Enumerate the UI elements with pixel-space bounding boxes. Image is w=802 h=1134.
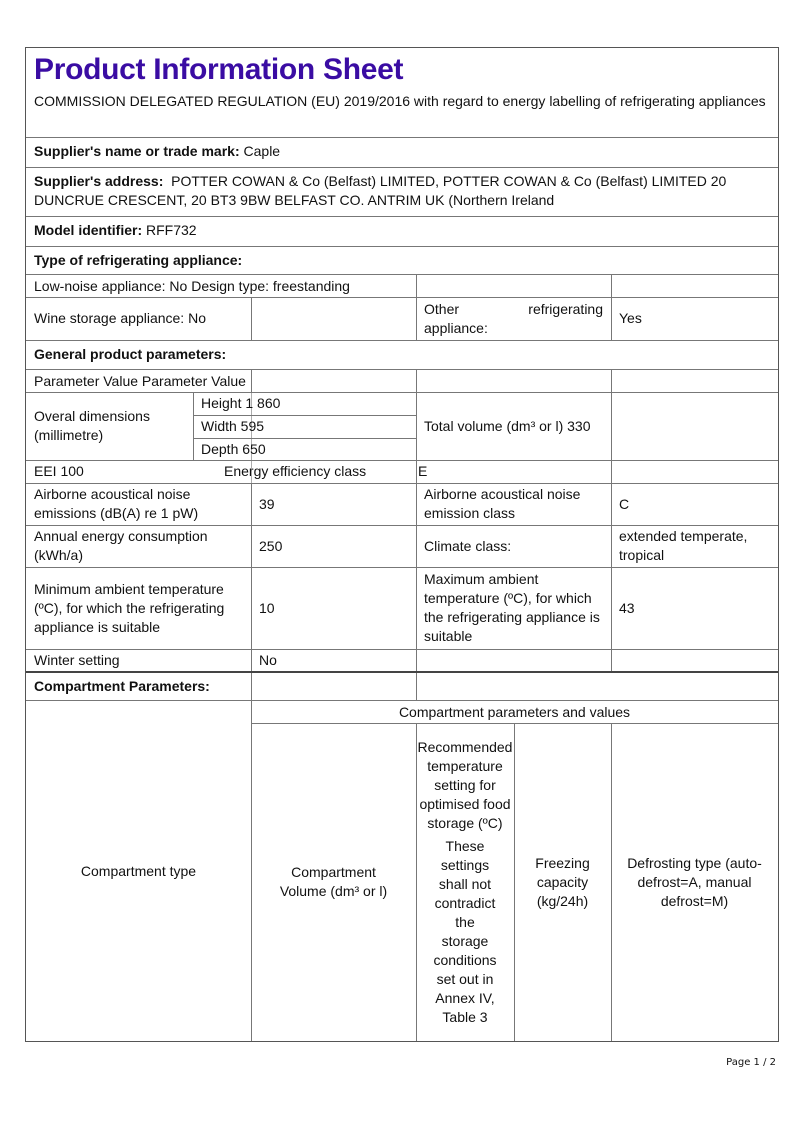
winter-setting-label: Winter setting: [26, 649, 251, 671]
energy-class-value: E: [410, 460, 610, 483]
model-identifier-value: RFF732: [146, 222, 197, 238]
noise-class-label: Airborne acoustical noise emission class: [416, 483, 611, 525]
general-parameters-heading: General product parameters:: [26, 341, 778, 370]
general-parameters-grid: Parameter Value Parameter Value Overal d…: [26, 370, 778, 701]
annual-energy-label: Annual energy consumption (kWh/a): [26, 525, 251, 567]
model-identifier-row: Model identifier: RFF732: [26, 217, 778, 247]
appliance-type-heading: Type of refrigerating appliance:: [26, 247, 778, 275]
recommended-temperature-text: Recommended temperature setting for opti…: [418, 738, 513, 833]
supplier-name-row: Supplier's name or trade mark: Caple: [26, 138, 778, 168]
parameter-header: Parameter Value Parameter Value: [26, 370, 416, 392]
low-noise-design-type: Low-noise appliance: No Design type: fre…: [26, 275, 426, 297]
winter-setting-value: No: [251, 649, 416, 671]
product-information-sheet: Product Information Sheet COMMISSION DEL…: [25, 47, 779, 1042]
depth-value: Depth 650: [193, 438, 416, 460]
climate-value: extended temperate, tropical: [611, 525, 778, 567]
defrosting-type-header: Defrosting type (auto-defrost=A, manual …: [611, 723, 778, 1041]
freezing-capacity-header: Freezing capacity (kg/24h): [514, 723, 611, 1041]
dimensions-label: Overal dimensions (millimetre): [26, 392, 193, 460]
min-temp-value: 10: [251, 567, 416, 649]
compartment-type-header: Compartment type: [26, 701, 251, 1041]
noise-label: Airborne acoustical noise emissions (dB(…: [26, 483, 251, 525]
supplier-name-value: Caple: [244, 143, 281, 159]
min-temp-label: Minimum ambient temperature (ºC), for wh…: [26, 567, 251, 649]
other-appliance-label: Other refrigerating appliance:: [416, 297, 611, 340]
climate-label: Climate class:: [416, 525, 611, 567]
noise-value: 39: [251, 483, 416, 525]
page-number: Page 1 / 2: [726, 1057, 776, 1068]
appliance-type-grid: Low-noise appliance: No Design type: fre…: [26, 275, 778, 341]
energy-class-label: Energy efficiency class: [216, 460, 416, 483]
page-title: Product Information Sheet: [26, 48, 778, 90]
compartment-table: Compartment type Compartment parameters …: [26, 701, 778, 1041]
storage-conditions-note: These settings shall not contradict the …: [430, 837, 500, 1027]
general-parameters-heading-text: General product parameters:: [34, 346, 226, 362]
noise-class-value: C: [611, 483, 778, 525]
supplier-name-label: Supplier's name or trade mark:: [34, 143, 240, 159]
max-temp-value: 43: [611, 567, 778, 649]
total-volume: Total volume (dm³ or l) 330: [416, 392, 611, 460]
appliance-type-heading-text: Type of refrigerating appliance:: [34, 252, 242, 268]
recommended-temperature-header: Recommended temperature setting for opti…: [416, 723, 514, 1041]
compartment-values-header: Compartment parameters and values: [251, 701, 778, 723]
supplier-address-label: Supplier's address:: [34, 173, 163, 189]
annual-energy-value: 250: [251, 525, 416, 567]
wine-storage: Wine storage appliance: No: [26, 297, 251, 340]
compartment-volume-header: Compartment Volume (dm³ or l): [251, 723, 416, 1041]
other-appliance-value: Yes: [611, 297, 778, 340]
compartment-parameters-heading: Compartment Parameters:: [26, 672, 426, 700]
supplier-address-row: Supplier's address: POTTER COWAN & Co (B…: [26, 168, 778, 217]
height-value: Height 1 860: [193, 392, 416, 415]
eei-value: EEI 100: [26, 460, 226, 483]
regulation-text: COMMISSION DELEGATED REGULATION (EU) 201…: [26, 90, 778, 138]
width-value: Width 595: [193, 415, 416, 438]
max-temp-label: Maximum ambient temperature (ºC), for wh…: [416, 567, 611, 649]
model-identifier-label: Model identifier:: [34, 222, 142, 238]
